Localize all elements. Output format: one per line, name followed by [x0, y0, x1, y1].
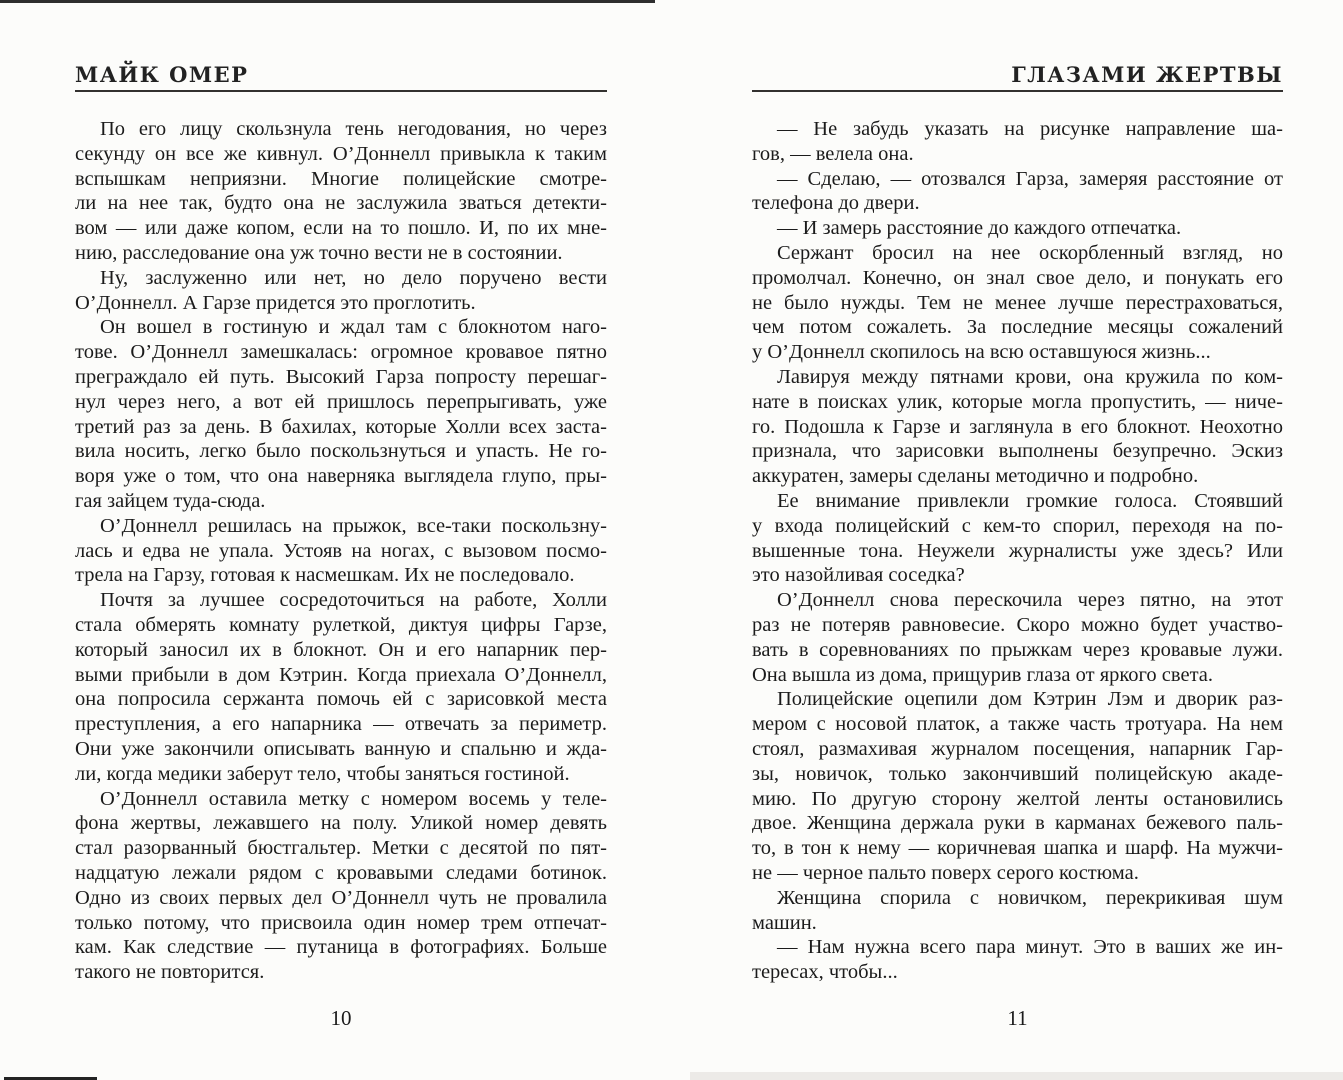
page-number-right: 11 [752, 1006, 1283, 1031]
text-line: такого не повторится. [75, 960, 607, 985]
text-line: вышенные тона. Неужели журналисты уже зд… [752, 539, 1283, 564]
text-line: чем потом сожалеть. За последние месяцы … [752, 315, 1283, 340]
text-line: Она вышла из дома, прищурив глаза от ярк… [752, 663, 1283, 688]
paragraph: Он вошел в гостиную и ждал там с блокнот… [75, 315, 607, 513]
paragraph: Лавируя между пятнами крови, она кружила… [752, 365, 1283, 489]
text-line: промолчал. Конечно, он знал свое дело, и… [752, 266, 1283, 291]
text-line: стала обмерять комнату рулеткой, диктуя … [75, 613, 607, 638]
left-page: МАЙК ОМЕР По его лицу скользнула тень не… [75, 0, 607, 1080]
text-line: Они уже закончили описывать ванную и спа… [75, 737, 607, 762]
text-line: который заносил их в блокнот. Он и его н… [75, 638, 607, 663]
scan-bottom-right-artifact [690, 1072, 1343, 1080]
text-line: О’Доннелл решилась на прыжок, все-таки п… [75, 514, 607, 539]
text-line: Ну, заслуженно или нет, но дело поручено… [75, 266, 607, 291]
text-line: О’Доннелл. А Гарзе придется это проглоти… [75, 291, 607, 316]
text-line: О’Доннелл снова перескочила через пятно,… [752, 588, 1283, 613]
text-line: стал разорванный бюстгальтер. Метки с де… [75, 836, 607, 861]
text-line: воря уже о том, что она наверняка выгляд… [75, 464, 607, 489]
paragraph: Ее внимание привлекли громкие голоса. Ст… [752, 489, 1283, 588]
text-line: это назойливая соседка? [752, 563, 1283, 588]
text-line: — Сделаю, — отозвался Гарза, замеряя рас… [752, 167, 1283, 192]
text-line: Ее внимание привлекли громкие голоса. Ст… [752, 489, 1283, 514]
right-page: ГЛАЗАМИ ЖЕРТВЫ — Не забудь указать на ри… [752, 0, 1283, 1080]
right-page-body: — Не забудь указать на рисунке направлен… [752, 117, 1283, 985]
text-line: Сержант бросил на нее оскорбленный взгля… [752, 241, 1283, 266]
paragraph: О’Доннелл оставила метку с номером восем… [75, 787, 607, 985]
text-line: машин. [752, 911, 1283, 936]
paragraph: Женщина спорила с новичком, перекрикивая… [752, 886, 1283, 936]
paragraph: О’Доннелл решилась на прыжок, все-таки п… [75, 514, 607, 588]
text-line: Он вошел в гостиную и ждал там с блокнот… [75, 315, 607, 340]
text-line: вспышкам неприязни. Многие полицейские с… [75, 167, 607, 192]
paragraph: По его лицу скользнула тень негодования,… [75, 117, 607, 266]
text-line: нул через него, а вот ей пришлось перепр… [75, 390, 607, 415]
paragraph: О’Доннелл снова перескочила через пятно,… [752, 588, 1283, 687]
paragraph: — Не забудь указать на рисунке направлен… [752, 117, 1283, 167]
text-line: — И замерь расстояние до каждого отпечат… [752, 216, 1283, 241]
text-line: преграждало ей путь. Высокий Гарза попро… [75, 365, 607, 390]
text-line: ли, когда медики заберут тело, чтобы зан… [75, 762, 607, 787]
text-line: надцатую лежали рядом с кровавыми следам… [75, 861, 607, 886]
text-line: она попросила сержанта помочь ей с зарис… [75, 687, 607, 712]
text-line: фона жертвы, лежавшего на полу. Уликой н… [75, 811, 607, 836]
text-line: — Нам нужна всего пара минут. Это в ваши… [752, 935, 1283, 960]
text-line: лась и едва не упала. Устояв на ногах, с… [75, 539, 607, 564]
text-line: О’Доннелл оставила метку с номером восем… [75, 787, 607, 812]
paragraph: Полицейские оцепили дом Кэтрин Лэм и дво… [752, 687, 1283, 885]
text-line: трела на Гарзу, готовая к насмешкам. Их … [75, 563, 607, 588]
text-line: двое. Женщина держала руки в карманах бе… [752, 811, 1283, 836]
text-line: вом — или даже копом, если на то пошло. … [75, 216, 607, 241]
text-line: Одно из своих первых дел О’Доннелл чуть … [75, 886, 607, 911]
text-line: выми прибыли в дом Кэтрин. Когда приехал… [75, 663, 607, 688]
text-line: признала, что зарисовки выполнены безупр… [752, 439, 1283, 464]
text-line: не было нужды. Тем не менее лучше перест… [752, 291, 1283, 316]
text-line: кам. Как следствие — путаница в фотограф… [75, 935, 607, 960]
text-line: у входа полицейский с кем-то спорил, пер… [752, 514, 1283, 539]
text-line: только потому, что присвоила один номер … [75, 911, 607, 936]
text-line: третий раз за день. В бахилах, которые Х… [75, 415, 607, 440]
text-line: преступления, а его напарника — отвечать… [75, 712, 607, 737]
paragraph: Ну, заслуженно или нет, но дело поручено… [75, 266, 607, 316]
text-line: секунду он все же кивнул. О’Доннелл прив… [75, 142, 607, 167]
text-line: Полицейские оцепили дом Кэтрин Лэм и дво… [752, 687, 1283, 712]
text-line: вила носить, легко было поскользнуться и… [75, 439, 607, 464]
paragraph: — Нам нужна всего пара минут. Это в ваши… [752, 935, 1283, 985]
text-line: Женщина спорила с новичком, перекрикивая… [752, 886, 1283, 911]
text-line: гая зайцем туда-сюда. [75, 489, 607, 514]
text-line: Лавируя между пятнами крови, она кружила… [752, 365, 1283, 390]
text-line: аккуратен, замеры сделаны методично и по… [752, 464, 1283, 489]
text-line: го. Подошла к Гарзе и заглянула в его бл… [752, 415, 1283, 440]
text-line: мером с носовой платок, а также часть тр… [752, 712, 1283, 737]
header-rule [75, 90, 607, 92]
header-rule [752, 90, 1283, 92]
text-line: Почтя за лучшее сосредоточиться на работ… [75, 588, 607, 613]
text-line: По его лицу скользнула тень негодования,… [75, 117, 607, 142]
page-number-left: 10 [75, 1006, 607, 1031]
text-line: ли на нее так, будто она не заслужила зв… [75, 191, 607, 216]
text-line: телефона до двери. [752, 191, 1283, 216]
paragraph: — И замерь расстояние до каждого отпечат… [752, 216, 1283, 241]
text-line: вать в соревнованиях по прыжкам через кр… [752, 638, 1283, 663]
paragraph: — Сделаю, — отозвался Гарза, замеряя рас… [752, 167, 1283, 217]
text-line: — Не забудь указать на рисунке направлен… [752, 117, 1283, 142]
text-line: то, в тон к нему — коричневая шапка и ша… [752, 836, 1283, 861]
text-line: мию. По другую сторону желтой ленты оста… [752, 787, 1283, 812]
text-line: зы, новичок, только закончивший полицейс… [752, 762, 1283, 787]
text-line: раз не потеряв равновесие. Скоро можно б… [752, 613, 1283, 638]
paragraph: Сержант бросил на нее оскорбленный взгля… [752, 241, 1283, 365]
text-line: гов, — велела она. [752, 142, 1283, 167]
left-page-body: По его лицу скользнула тень негодования,… [75, 117, 607, 985]
text-line: стоял, размахивая журналом посещения, на… [752, 737, 1283, 762]
text-line: нате в поисках улик, которые могла пропу… [752, 390, 1283, 415]
text-line: не — черное пальто поверх серого костюма… [752, 861, 1283, 886]
text-line: тове. О’Доннелл замешкалась: огромное кр… [75, 340, 607, 365]
text-line: нию, расследование она уж точно вести не… [75, 241, 607, 266]
text-line: у О’Доннелл скопилось на всю оставшуюся … [752, 340, 1283, 365]
text-line: тересах, чтобы... [752, 960, 1283, 985]
paragraph: Почтя за лучшее сосредоточиться на работ… [75, 588, 607, 786]
running-header-author: МАЙК ОМЕР [75, 62, 607, 87]
running-header-book-title: ГЛАЗАМИ ЖЕРТВЫ [752, 62, 1283, 87]
